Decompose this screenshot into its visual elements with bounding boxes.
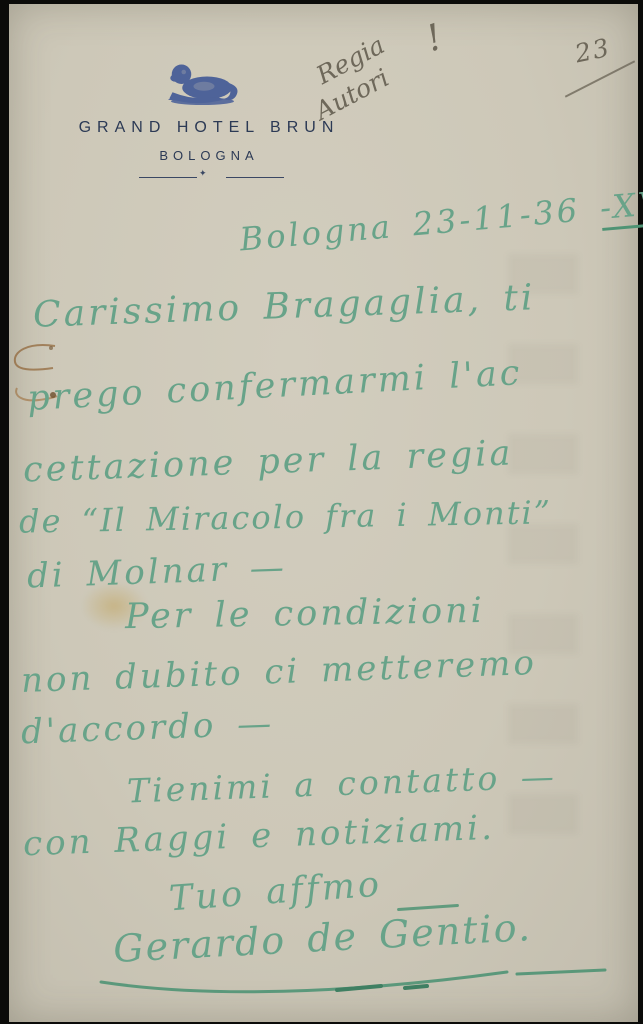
letter-line: de “Il Miracolo fra i Monti” <box>19 493 553 540</box>
letter-line: con Raggi e notiziami. <box>22 808 495 864</box>
letter-scan: GRAND HOTEL BRUN BOLOGNA ✦ Regia Autori … <box>0 0 643 1024</box>
letter-line: cettazione per la regia <box>22 433 514 490</box>
dateline-place-date: Bologna 23-11-36 <box>238 191 581 259</box>
pencil-page-number: 23 <box>572 33 613 69</box>
reclining-lion-emblem-icon <box>159 56 249 112</box>
hotel-city: BOLOGNA <box>69 148 349 163</box>
pencil-underline-stroke <box>565 60 635 97</box>
letter-paper: GRAND HOTEL BRUN BOLOGNA ✦ Regia Autori … <box>9 4 638 1022</box>
letter-line: di Molnar — <box>26 547 287 596</box>
letter-line: prego confermarmi l'ac <box>26 353 523 419</box>
letter-closing: Tuo affmo <box>168 865 383 920</box>
signature-flourish-stroke <box>87 952 617 1008</box>
letterhead-divider: ✦ <box>139 174 284 180</box>
letter-line: d'accordo — <box>20 704 274 753</box>
divider-ornament-icon: ✦ <box>199 168 208 179</box>
letter-line: non dubito ci metteremo <box>20 643 537 701</box>
letter-line: Carissimo Bragaglia, ti <box>32 277 536 336</box>
letter-line: Per le condizioni <box>125 591 485 637</box>
divider-line-left <box>139 177 197 178</box>
hotel-name: GRAND HOTEL BRUN <box>69 119 349 137</box>
letter-line: Tienimi a contatto — <box>126 757 557 811</box>
dateline-era: -XV <box>598 184 643 231</box>
divider-line-right <box>226 177 284 178</box>
letter-dateline: Bologna 23-11-36 -XV <box>238 184 643 259</box>
